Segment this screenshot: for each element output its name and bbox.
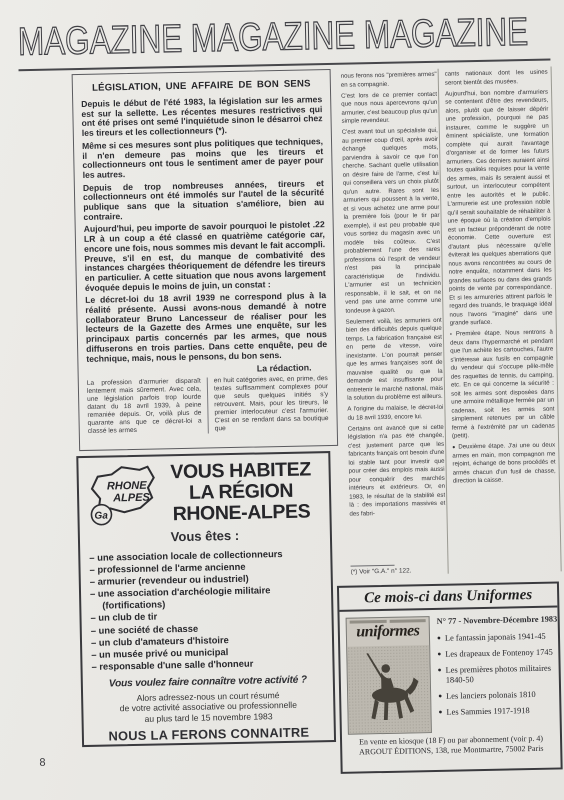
dash-marker: – [89,552,94,563]
dash-marker: – [90,588,95,599]
bullet-marker: ● [438,708,442,718]
bullet-marker: ● [438,666,442,685]
article-title: LÉGISLATION, UNE AFFAIRE DE BON SENS [81,78,322,94]
subcolumn-right: en huit catégories avec, en prime, des t… [207,375,329,433]
bullet-marker: ▪ [450,332,454,338]
list-item-text: Les Sammies 1917-1918 [446,706,529,717]
article-paragraph: A l'origine du malaise, le décret-loi du… [347,404,443,423]
article-column-3: cants nationaux dont les usines seront b… [445,69,558,577]
rhone-box-list: – une association locale de collectionne… [89,547,323,673]
bullet-marker: ● [452,445,456,451]
article-paragraph: ●Deuxième étape. J'ai une ou deux armes … [452,442,556,487]
list-item-text: Les lanciers polonais 1810 [446,690,536,701]
article-paragraph: cants nationaux dont les usines seront b… [445,69,548,88]
article-paragraph: nous ferons nos "premières armes" en sa … [341,71,437,90]
paragraph-text: cants nationaux dont les usines seront b… [445,69,548,87]
article-paragraph: C'est lors de ce premier contact que nou… [341,90,438,126]
cover-illustration [347,645,431,734]
rhone-alpes-box: RHONE ALPES Ga VOUS HABITEZ LA RÉGION RH… [76,451,336,747]
uniformes-box-body: uniformes N° 77 - Nove [339,608,559,737]
mounted-lancer-illustration [347,645,431,734]
article-paragraph: Certains ont avancé que si cette législa… [348,424,446,519]
uniformes-box: Ce mois-ci dans Uniformes uniformes [337,581,563,773]
rhone-box-note: Alors adressez-nous un court résuméde vo… [92,689,325,725]
logo-region-line2: ALPES [112,491,151,504]
uniformes-footer: En vente en kiosque (18 F) ou par abonne… [342,732,560,757]
rhone-title-line3: RHONE-ALPES [162,501,320,525]
rhone-box-cta: NOUS LA FERONS CONNAITRE [93,724,325,744]
footnote-text: (*) Voir "G.A." n° 122. [351,567,412,575]
article-paragraph: Aujourd'hui, bon nombre d'armuriers se c… [445,88,553,328]
bullet-marker: ● [437,634,441,644]
dash-marker: – [90,576,95,587]
article-paragraph: Seulement voilà, les armuriers ont bien … [346,317,444,404]
article-subcolumns: La profession d'armurier disparaît lente… [87,375,329,436]
article-column-2: nous ferons nos "premières armes" en sa … [341,71,447,561]
uniformes-issue: N° 77 - Novembre-Décembre 1983 [437,615,558,626]
gazette-badge-text: Ga [94,510,108,521]
article-paragraph: Même si ces mesures sont plus politiques… [82,137,324,181]
logo-region-line1: RHONE [107,479,148,492]
list-item-text: une association locale de collectionneur… [97,548,283,563]
list-item-text: Le fantassin japonais 1941-45 [445,632,546,644]
article-paragraph: Aujourd'hui, peu importe de savoir pourq… [84,221,326,294]
article-paragraph: C'est avant tout un spécialiste qui, au … [342,127,442,316]
article-paragraph: Depuis de trop nombreuses années, tireur… [83,179,325,223]
paragraph-text: Deuxième étape. J'ai une ou deux armes e… [452,442,555,485]
paragraph-text: Aujourd'hui, bon nombre d'armuriers se c… [445,88,553,327]
magazine-header-title: MAGAZINE MAGAZINE MAGAZINE [18,11,473,65]
rhone-box-title: VOUS HABITEZ LA RÉGION RHONE-ALPES [161,459,320,525]
bullet-marker: ● [438,692,442,702]
rhone-box-subtitle: Vous êtes : [89,526,321,546]
list-item: ●Les premières photos militaires 1840-50 [438,664,559,686]
list-item: ●Les Sammies 1917-1918 [438,705,559,717]
article-byline: La rédaction. [86,362,327,377]
dash-marker: – [90,612,95,623]
paragraph-text: Première étape. Nous rentrons à deux dan… [450,329,555,440]
list-item-text: une association d'archéologie militaire … [98,585,271,611]
uniformes-cover-image: uniformes [346,616,432,735]
list-item-text: responsable d'une salle d'honneur [99,657,253,671]
dash-marker: – [91,624,96,635]
rhone-alpes-map-logo: RHONE ALPES Ga [87,463,162,526]
footnote-rule [351,565,395,567]
list-item: ●Les drapeaux de Fontenoy 1745 [437,648,558,660]
uniformes-contents: N° 77 - Novembre-Décembre 1983 ●Le fanta… [430,614,560,734]
article-paragraph: Depuis le début de l'été 1983, la législ… [81,95,323,139]
article-paragraph: Le décret-loi du 18 avril 1939 ne corres… [85,291,327,364]
article-paragraph: ▪Première étape. Nous rentrons à deux da… [450,329,555,442]
rhone-box-question: Vous voulez faire connaître votre activi… [92,674,324,690]
subcolumn-left: La profession d'armurier disparaît lente… [87,378,208,436]
dash-marker: – [91,649,96,660]
dash-marker: – [91,661,96,672]
list-item-text: Les drapeaux de Fontenoy 1745 [445,648,553,660]
list-item-text: une société de chasse [98,622,198,635]
rhone-box-header: RHONE ALPES Ga VOUS HABITEZ LA RÉGION RH… [87,459,320,527]
footnote: (*) Voir "G.A." n° 122. [351,564,447,576]
editorial-box: LÉGISLATION, UNE AFFAIRE DE BON SENS Dep… [72,69,339,451]
list-item: ●Les lanciers polonais 1810 [438,689,559,701]
dash-marker: – [91,636,96,647]
uniformes-list: ●Le fantassin japonais 1941-45●Les drape… [437,632,559,718]
cover-masthead: uniformes [347,622,429,641]
magazine-page: MAGAZINE MAGAZINE MAGAZINE LÉGISLATION, … [0,0,564,800]
dash-marker: – [89,564,94,575]
bullet-marker: ● [437,650,441,660]
page-number: 8 [39,757,45,769]
rhone-title-line1: VOUS HABITEZ [161,459,319,483]
list-item-text: Les premières photos militaires 1840-50 [446,664,559,685]
article-intro: Depuis le début de l'été 1983, la législ… [81,95,327,364]
list-item-text: un club de tir [98,611,157,623]
list-item: ●Le fantassin japonais 1941-45 [437,632,558,644]
